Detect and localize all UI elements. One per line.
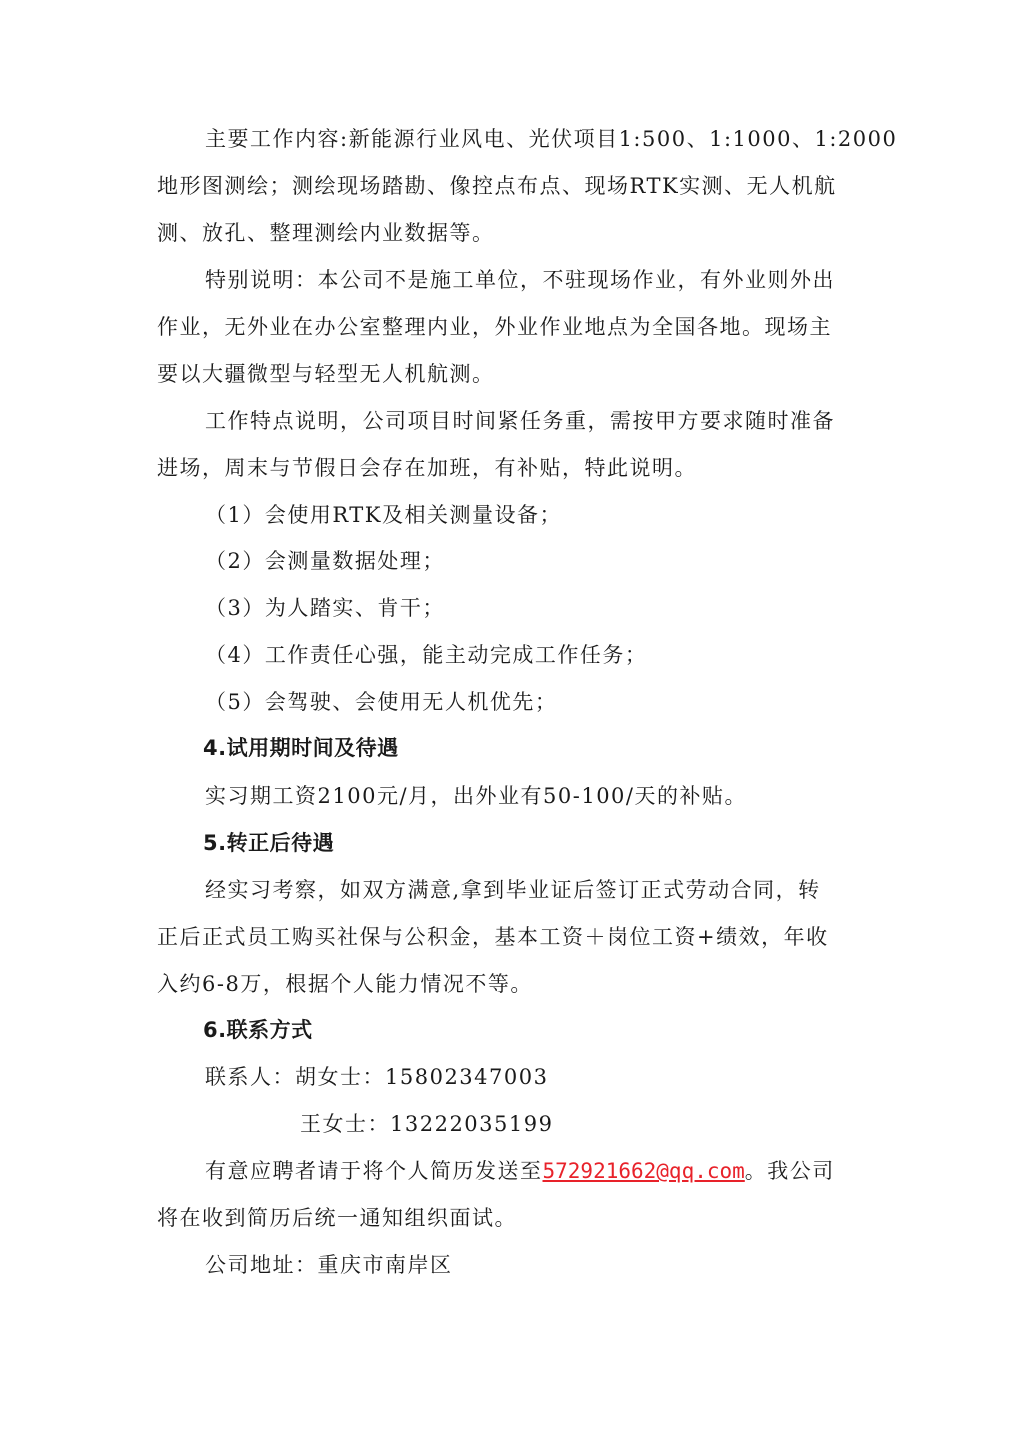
email-link[interactable]: 572921662@qq.com [543, 1159, 745, 1183]
work-features-line-2: 进场，周末与节假日会存在加班，有补贴，特此说明。 [157, 453, 697, 483]
probation-pay-text: 实习期工资2100元/月，出外业有50-100/天的补贴。 [205, 781, 747, 811]
requirement-item: （2）会测量数据处理； [205, 546, 445, 576]
special-note-line-1: 特别说明：本公司不是施工单位，不驻现场作业，有外业则外出 [205, 265, 835, 295]
special-note-line-3: 要以大疆微型与轻型无人机航测。 [157, 359, 495, 389]
section-4-heading: 4.试用期时间及待遇 [203, 733, 399, 763]
apply-line-2: 将在收到简历后统一通知组织面试。 [157, 1203, 517, 1233]
requirement-item: （5）会驾驶、会使用无人机优先； [205, 687, 557, 717]
work-features-line-1: 工作特点说明，公司项目时间紧任务重，需按甲方要求随时准备 [205, 406, 835, 436]
contact-person-2: 王女士：13222035199 [300, 1109, 553, 1139]
apply-line-1: 有意应聘者请于将个人简历发送至572921662@qq.com。我公司 [205, 1156, 835, 1186]
work-content-line-2: 地形图测绘；测绘现场踏勘、像控点布点、现场RTK实测、无人机航 [157, 171, 837, 201]
section-6-heading: 6.联系方式 [203, 1015, 313, 1045]
requirement-item: （4）工作责任心强，能主动完成工作任务； [205, 640, 647, 670]
work-content-line-3: 测、放孔、整理测绘内业数据等。 [157, 218, 495, 248]
regular-benefits-line-3: 入约6-8万，根据个人能力情况不等。 [157, 969, 533, 999]
company-address: 公司地址：重庆市南岸区 [205, 1250, 453, 1280]
section-5-heading: 5.转正后待遇 [203, 828, 334, 858]
special-note-line-2: 作业，无外业在办公室整理内业，外业作业地点为全国各地。现场主 [157, 312, 832, 342]
regular-benefits-line-1: 经实习考察，如双方满意,拿到毕业证后签订正式劳动合同，转 [205, 875, 821, 905]
requirement-item: （3）为人踏实、肯干； [205, 593, 445, 623]
requirement-item: （1）会使用RTK及相关测量设备； [205, 500, 562, 530]
contact-person-1: 联系人：胡女士：15802347003 [205, 1062, 548, 1092]
work-content-line-1: 主要工作内容:新能源行业风电、光伏项目1:500、1:1000、1:2000 [205, 124, 897, 154]
regular-benefits-line-2: 正后正式员工购买社保与公积金，基本工资＋岗位工资+绩效，年收 [157, 922, 829, 952]
apply-suffix: 。我公司 [745, 1159, 835, 1183]
apply-prefix: 有意应聘者请于将个人简历发送至 [205, 1159, 543, 1183]
